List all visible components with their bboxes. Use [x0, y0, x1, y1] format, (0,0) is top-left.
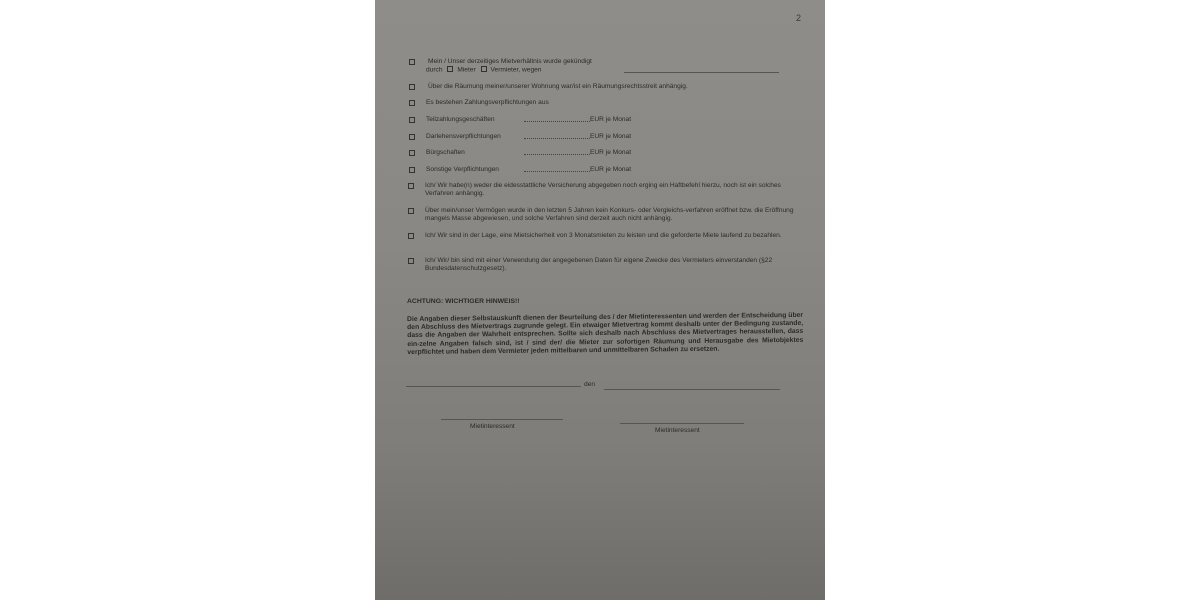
checkbox[interactable] — [409, 100, 415, 106]
amount-blank[interactable] — [524, 138, 590, 139]
checkbox[interactable] — [408, 208, 414, 214]
amount-blank[interactable] — [524, 121, 590, 122]
checkbox[interactable] — [409, 167, 415, 173]
notice-title: ACHTUNG: WICHTIGER HINWEIS!! — [407, 298, 520, 305]
checkbox[interactable] — [408, 258, 414, 264]
checkbox-vermieter[interactable] — [481, 66, 487, 72]
reason-blank-line[interactable] — [624, 72, 779, 73]
notice-body: Die Angaben dieser Selbstauskunft dienen… — [407, 312, 803, 357]
amount-blank[interactable] — [524, 154, 590, 155]
checkbox[interactable] — [408, 183, 414, 189]
checkbox[interactable] — [409, 84, 415, 90]
checkbox[interactable] — [408, 233, 414, 239]
place-blank-line[interactable] — [406, 386, 581, 387]
amount-blank[interactable] — [524, 171, 590, 172]
signer-label-1: Mietinteressent — [470, 423, 515, 430]
date-connector: den — [584, 381, 595, 388]
signer-label-2: Mietinteressent — [655, 427, 700, 434]
checkbox[interactable] — [409, 59, 415, 65]
checkbox[interactable] — [409, 134, 415, 140]
checklist-item-termination: Mein / Unser derzeitiges Mietverhältnis … — [409, 58, 805, 76]
document-page: 2 Mein / Unser derzeitiges Mietverhältni… — [375, 0, 825, 600]
signature-line-1[interactable] — [441, 419, 563, 420]
page-number: 2 — [796, 13, 801, 23]
signature-line-2[interactable] — [620, 423, 744, 424]
date-blank-line[interactable] — [604, 389, 780, 390]
checkbox[interactable] — [409, 117, 415, 123]
checkbox[interactable] — [409, 150, 415, 156]
checkbox-mieter[interactable] — [447, 66, 453, 72]
